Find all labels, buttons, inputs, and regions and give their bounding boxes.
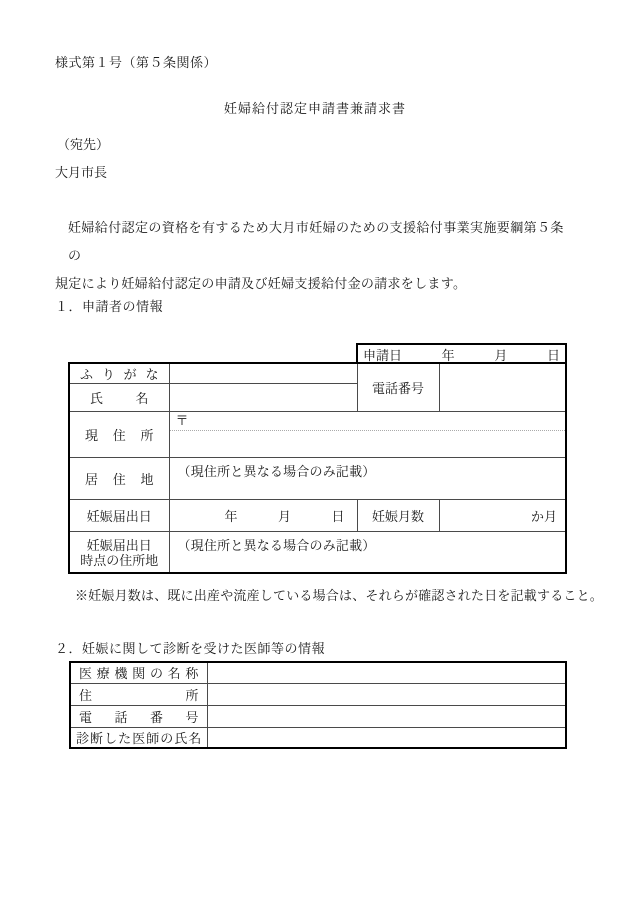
intro-line-2: 規定により妊婦給付認定の申請及び妊婦支援給付金の請求をします。 [55, 270, 577, 298]
doctor-address-input-cell [207, 683, 566, 705]
furigana-input-cell [169, 363, 357, 384]
addressee-name: 大月市長 [55, 162, 107, 181]
pregnancy-months-note: ※妊娠月数は、既に出産や流産している場合は、それらが確認された日を記載すること。 [75, 585, 603, 604]
postal-code-row: 〒 [170, 412, 566, 431]
doctor-phone-input-cell [207, 705, 566, 727]
phone-label-cell: 電話番号 [357, 363, 439, 412]
intro-line-1: 妊婦給付認定の資格を有するため大月市妊婦のための支援給付事業実施要綱第５条の [55, 214, 577, 270]
furigana-label-cell: ふりがな [69, 363, 169, 384]
doctor-address-label-cell: 住所 [70, 683, 207, 705]
medical-institution-label: 医療機関の名称 [71, 663, 207, 682]
current-address-label: 現住所 [70, 425, 169, 444]
applicant-info-table: ふりがな 電話番号 氏名 現住所 〒 居住地 [68, 362, 567, 574]
current-address-label-cell: 現住所 [69, 412, 169, 458]
table-row: 医療機関の名称 [70, 662, 566, 683]
residence-label: 居住地 [70, 469, 169, 488]
table-row: 住所 [70, 683, 566, 705]
doctor-name-label-cell: 診断した医師の氏名 [70, 727, 207, 748]
medical-institution-label-cell: 医療機関の名称 [70, 662, 207, 683]
notification-year-label: 年 [225, 506, 238, 525]
pregnancy-months-input-cell: か月 [439, 500, 566, 532]
notification-date-ymd: 年 月 日 [170, 506, 357, 525]
current-address-input-cell: 〒 [169, 412, 566, 458]
name-label-cell: 氏名 [69, 384, 169, 412]
addressee-label: （宛先） [57, 134, 109, 153]
form-title: 妊婦給付認定申請書兼請求書 [0, 98, 630, 117]
intro-paragraph: 妊婦給付認定の資格を有するため大月市妊婦のための支援給付事業実施要綱第５条の 規… [55, 214, 577, 298]
residence-note: （現住所と異なる場合のみ記載） [170, 458, 566, 480]
notification-month-label: 月 [278, 506, 291, 525]
form-number: 様式第１号（第５条関係） [55, 52, 217, 71]
section1-heading: １．申請者の情報 [55, 296, 163, 315]
residence-label-cell: 居住地 [69, 458, 169, 500]
doctor-name-label: 診断した医師の氏名 [71, 728, 207, 747]
name-label: 氏名 [70, 388, 169, 407]
furigana-label: ふりがな [70, 364, 169, 383]
phone-input-cell [439, 363, 566, 412]
medical-institution-input-cell [207, 662, 566, 683]
notification-address-label-line1: 妊娠届出日 [70, 538, 169, 553]
postal-mark: 〒 [176, 412, 189, 430]
notification-day-label: 日 [331, 506, 344, 525]
application-date-box: 申請日 年 月 日 [356, 343, 567, 364]
doctor-address-label: 住所 [71, 685, 207, 704]
notification-date-input-cell: 年 月 日 [169, 500, 357, 532]
table-row: 診断した医師の氏名 [70, 727, 566, 748]
residence-input-cell: （現住所と異なる場合のみ記載） [169, 458, 566, 500]
section2-heading: ２．妊娠に関して診断を受けた医師等の情報 [55, 638, 325, 657]
doctor-phone-label: 電話番号 [71, 707, 207, 726]
notification-address-label-cell: 妊娠届出日 時点の住所地 [69, 532, 169, 573]
doctor-phone-label-cell: 電話番号 [70, 705, 207, 727]
pregnancy-months-unit: か月 [531, 509, 557, 524]
name-input-cell [169, 384, 357, 412]
notification-address-input-cell: （現住所と異なる場合のみ記載） [169, 532, 566, 573]
pregnancy-months-label-cell: 妊娠月数 [357, 500, 439, 532]
notification-address-label-line2: 時点の住所地 [70, 553, 169, 568]
doctor-info-table: 医療機関の名称 住所 電話番号 診断した医師の氏名 [69, 661, 567, 749]
table-row: 電話番号 [70, 705, 566, 727]
notification-date-label-cell: 妊娠届出日 [69, 500, 169, 532]
doctor-name-input-cell [207, 727, 566, 748]
form-document-page: 様式第１号（第５条関係） 妊婦給付認定申請書兼請求書 （宛先） 大月市長 妊婦給… [0, 0, 630, 903]
notification-address-note: （現住所と異なる場合のみ記載） [170, 532, 566, 554]
